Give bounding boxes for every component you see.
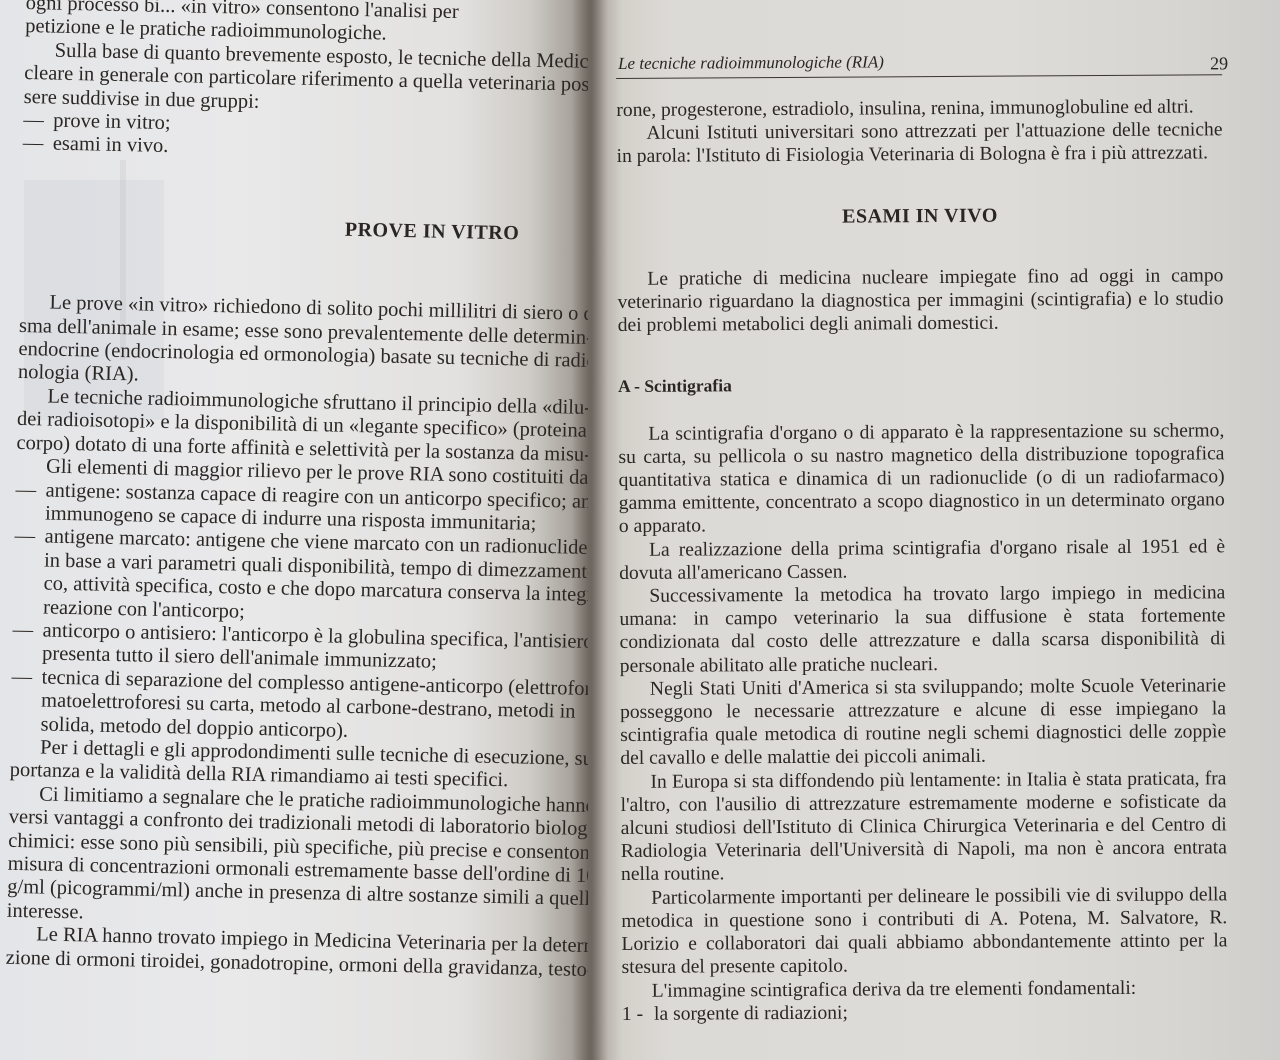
dash-bullet: — xyxy=(12,619,33,643)
dash-bullet: — xyxy=(14,525,35,549)
paragraph: La realizzazione della prima scintigrafi… xyxy=(619,535,1225,585)
spacer xyxy=(618,334,1224,376)
list-item: — antigene marcato: antigene che viene m… xyxy=(13,525,588,631)
open-book-spread: ogni processo bi... «in vitro» consenton… xyxy=(0,0,1280,1060)
paragraph: Particolarmente importanti per delineare… xyxy=(621,883,1228,980)
dash-bullet: — xyxy=(23,132,44,156)
dash-bullet: — xyxy=(11,666,32,690)
spacer xyxy=(617,165,1223,207)
right-page: Le tecniche radioimmunologiche (RIA) 29 … xyxy=(588,0,1280,1060)
spacer xyxy=(617,226,1223,268)
paragraph: Alcuni Istituti universitari sono attrez… xyxy=(616,118,1222,168)
list-number: 1 - xyxy=(622,1004,643,1025)
left-page: ogni processo bi... «in vitro» consenton… xyxy=(0,0,588,1060)
running-header: Le tecniche radioimmunologiche (RIA) 29 xyxy=(616,48,1222,79)
paragraph: Successivamente la metodica ha trovato l… xyxy=(619,581,1226,678)
left-page-text: ogni processo bi... «in vitro» consenton… xyxy=(6,0,588,982)
paragraph: La scintigrafia d'organo o di apparato è… xyxy=(618,419,1225,539)
right-page-text: Le tecniche radioimmunologiche (RIA) 29 … xyxy=(616,48,1228,1026)
paragraph: In Europa si sta diffondendo più lentame… xyxy=(620,767,1227,887)
paragraph: Le pratiche di medicina nucleare impiega… xyxy=(617,264,1223,337)
numbered-list-item: 1 - la sorgente di radiazioni; xyxy=(622,999,1228,1026)
dash-bullet: — xyxy=(15,478,36,502)
list-item-text: la sorgente di radiazioni; xyxy=(654,1002,848,1024)
running-header-title: Le tecniche radioimmunologiche (RIA) xyxy=(618,50,884,75)
list-item-text: esami in vivo. xyxy=(53,133,169,157)
list-item: — tecnica di separazione del complesso a… xyxy=(10,666,588,749)
list-item-text: prove in vitro; xyxy=(53,110,171,134)
page-number: 29 xyxy=(1210,52,1228,75)
dash-bullet: — xyxy=(23,109,44,133)
paragraph: Negli Stati Uniti d'America si sta svilu… xyxy=(620,674,1227,771)
